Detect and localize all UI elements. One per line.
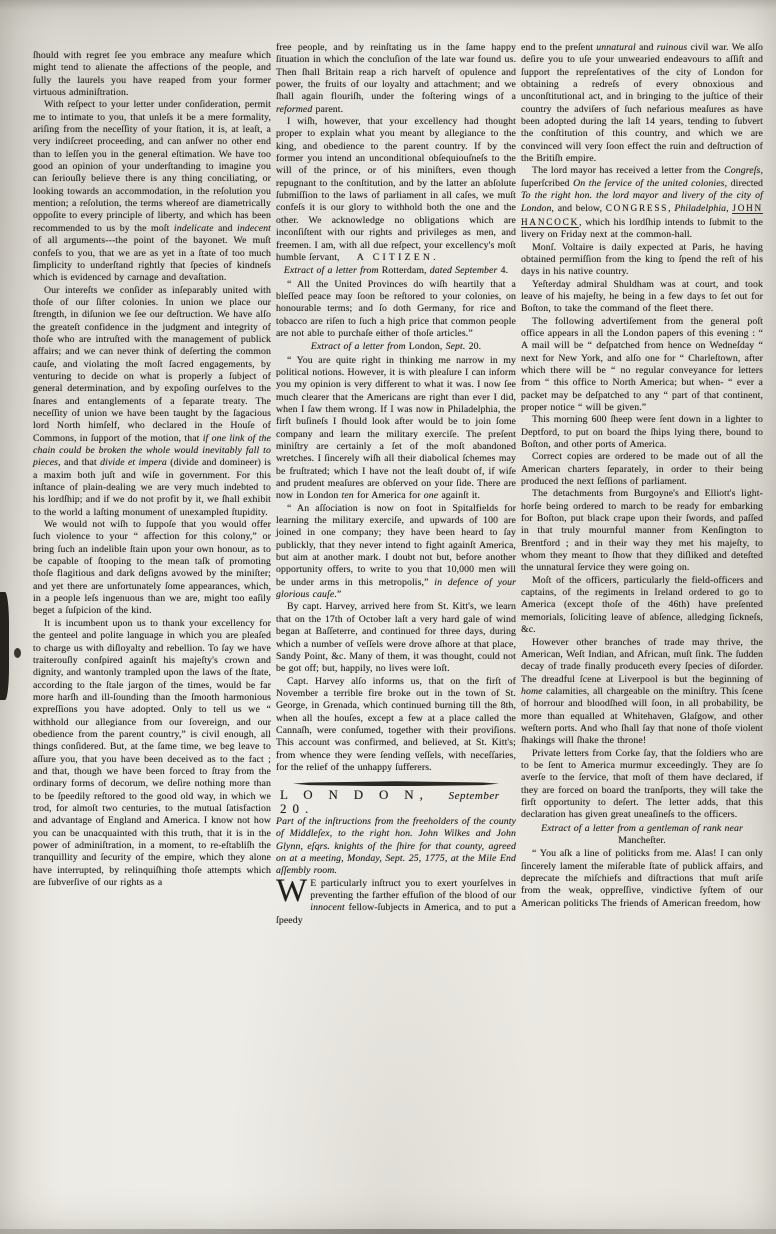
paragraph: The following advertiſement from the gen… (521, 316, 763, 415)
letter-extract-heading: Extract of a letter from London, Sept. 2… (276, 341, 516, 353)
newspaper-page: ſhould with regret ſee you embrace any m… (0, 0, 776, 1234)
paragraph: Moſt of the officers, particularly the f… (521, 575, 763, 637)
paragraph: Our intereſts we conſider as inſeparably… (33, 285, 271, 520)
paragraph: “ All the United Provinces do wiſh heart… (276, 279, 516, 341)
column-3: end to the preſent unnatural and ruinous… (521, 42, 763, 910)
drop-cap-paragraph: WE particularly inſtruct you to exert yo… (276, 878, 516, 927)
page-edge-shading (0, 1229, 776, 1234)
column-2: free people, and by reinſtating us in th… (276, 42, 516, 927)
paragraph: With reſpect to your letter under conſid… (33, 99, 271, 284)
paragraph: We would not wiſh to ſuppoſe that you wo… (33, 519, 271, 618)
paragraph: ſhould with regret ſee you embrace any m… (33, 50, 271, 99)
paragraph: free people, and by reinſtating us in th… (276, 42, 516, 116)
paragraph: By capt. Harvey, arrived here from St. K… (276, 601, 516, 675)
paragraph: end to the preſent unnatural and ruinous… (521, 42, 763, 165)
paragraph: Private letters from Corke ſay, that the… (521, 748, 763, 822)
paragraph: I wiſh, however, that your excellency ha… (276, 116, 516, 264)
paragraph: Correct copies are ordered to be made ou… (521, 451, 763, 488)
page-edge-shading (0, 0, 776, 10)
ink-smudge (0, 592, 9, 700)
column-1: ſhould with regret ſee you embrace any m… (33, 50, 271, 889)
paragraph: It is incumbent upon us to thank your ex… (33, 618, 271, 890)
letter-extract-heading: Extract of a letter from Rotterdam, date… (276, 265, 516, 277)
paragraph: Yeſterday admiral Shuldham was at court,… (521, 279, 763, 316)
paragraph: This morning 600 ſheep were ſent down in… (521, 414, 763, 451)
paragraph: The lord mayor has received a letter fro… (521, 165, 763, 241)
section-heading-london: L O N D O N, September 20. (280, 789, 516, 815)
swelled-rule (293, 781, 499, 786)
paragraph: “ An aſſociation is now on foot in Spita… (276, 503, 516, 602)
instructions-heading: Part of the inſtructions from the freeho… (276, 816, 516, 878)
paragraph: The detachments from Burgoyne's and Elli… (521, 488, 763, 574)
ink-speck (14, 648, 21, 658)
paragraph: However other branches of trade may thri… (521, 637, 763, 748)
paragraph: Monſ. Voltaire is daily expected at Pari… (521, 242, 763, 279)
paragraph: “ You are quite right in thinking me nar… (276, 355, 516, 503)
paragraph: Capt. Harvey alſo informs us, that on th… (276, 676, 516, 775)
paragraph: “ You aſk a line of politicks from me. A… (521, 848, 763, 910)
letter-extract-heading: Extract of a letter from a gentleman of … (521, 823, 763, 848)
